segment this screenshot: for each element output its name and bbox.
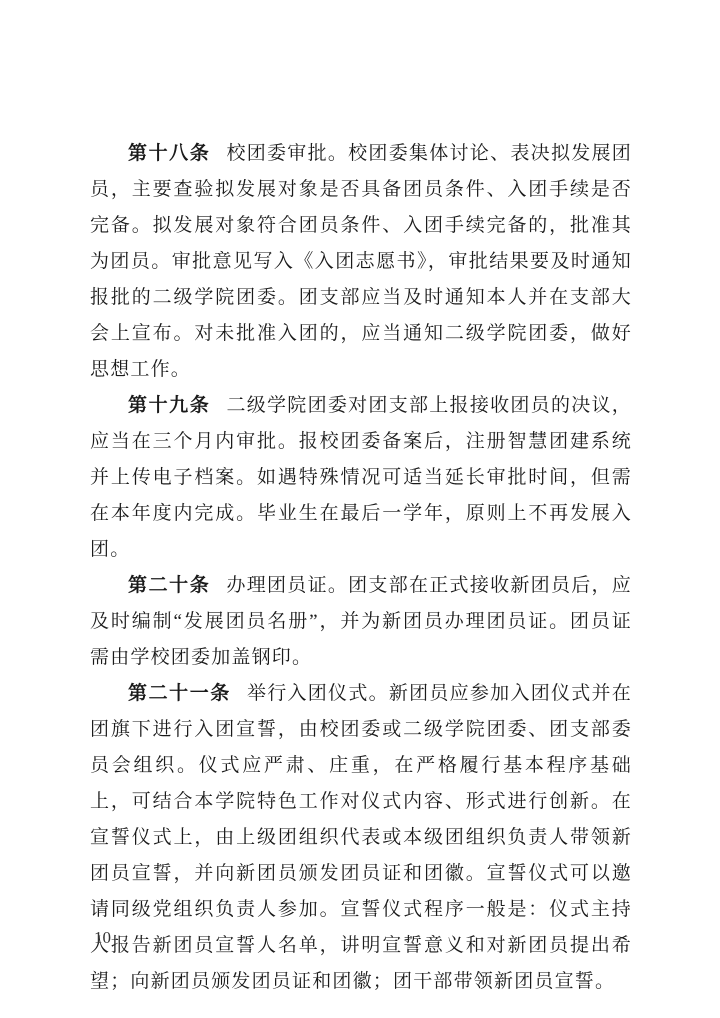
- paragraph-article-21: 第二十一条举行入团仪式。新团员应参加入团仪式并在团旗下进行入团宣誓，由校团委或二…: [90, 676, 632, 1000]
- article-18-text: 校团委审批。校团委集体讨论、表决拟发展团员，主要查验拟发展对象是否具备团员条件、…: [90, 143, 632, 380]
- page-number: 10: [94, 928, 111, 948]
- document-body: 第十八条校团委审批。校团委集体讨论、表决拟发展团员，主要查验拟发展对象是否具备团…: [90, 136, 632, 1000]
- document-page: 第十八条校团委审批。校团委集体讨论、表决拟发展团员，主要查验拟发展对象是否具备团…: [0, 0, 720, 1018]
- paragraph-article-19: 第十九条二级学院团委对团支部上报接收团员的决议，应当在三个月内审批。报校团委备案…: [90, 388, 632, 568]
- article-19-number: 第十九条: [128, 395, 210, 416]
- article-21-text: 举行入团仪式。新团员应参加入团仪式并在团旗下进行入团宣誓，由校团委或二级学院团委…: [90, 683, 632, 992]
- article-20-number: 第二十条: [128, 575, 210, 596]
- paragraph-article-20: 第二十条办理团员证。团支部在正式接收新团员后，应及时编制“发展团员名册”，并为新…: [90, 568, 632, 676]
- article-19-text: 二级学院团委对团支部上报接收团员的决议，应当在三个月内审批。报校团委备案后，注册…: [90, 395, 632, 560]
- article-21-number: 第二十一条: [128, 683, 231, 704]
- article-18-number: 第十八条: [128, 143, 210, 164]
- paragraph-article-18: 第十八条校团委审批。校团委集体讨论、表决拟发展团员，主要查验拟发展对象是否具备团…: [90, 136, 632, 388]
